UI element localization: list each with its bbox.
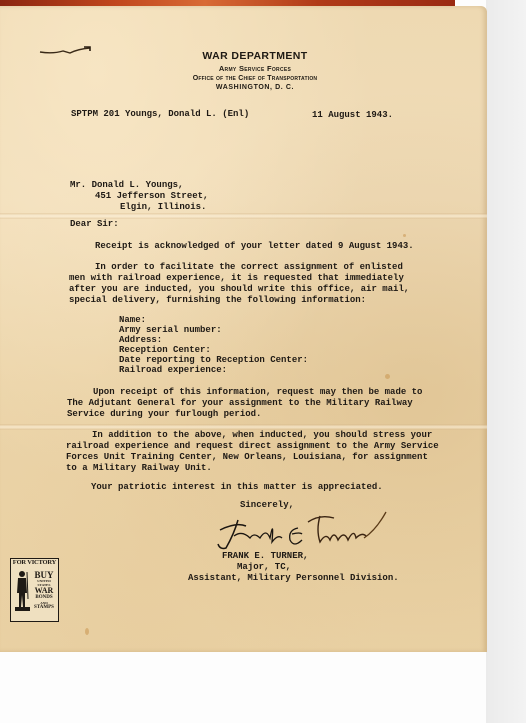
paragraph-line: men with railroad experience, it is requ…: [69, 273, 404, 284]
stain-spot: [403, 234, 406, 237]
paragraph-line: In order to facilitate the correct assig…: [95, 262, 403, 273]
paragraph-line: The Adjutant General for your assignment…: [67, 398, 413, 409]
stamp-text: BUY UNITED STATES WAR BONDS AND STAMPS: [31, 571, 57, 611]
stamp-war: WAR: [31, 587, 57, 595]
stain-spot: [385, 374, 390, 379]
letterhead-office: Office of the Chief of Transportation: [130, 75, 380, 82]
war-bonds-stamp: FOR VICTORY BUY UNITED STATES WAR BONDS …: [10, 558, 59, 622]
stain-spot: [85, 628, 89, 635]
signer-rank: Major, TC,: [237, 562, 291, 573]
stamp-buy: BUY: [31, 571, 57, 579]
signer-title: Assistant, Military Personnel Division.: [188, 573, 399, 584]
paper-tear-mark: [38, 46, 93, 56]
paragraph-line: to a Military Railway Unit.: [66, 463, 212, 474]
recipient-name: Mr. Donald L. Youngs,: [70, 180, 183, 191]
letterhead-department: WAR DEPARTMENT: [130, 50, 380, 62]
minuteman-figure-icon: [14, 569, 31, 613]
letterhead: WAR DEPARTMENT Army Service Forces Offic…: [130, 50, 380, 91]
paragraph-closing: Your patriotic interest in this matter i…: [91, 482, 383, 493]
paragraph-receipt: Receipt is acknowledged of your letter d…: [95, 241, 414, 252]
handwritten-signature: [216, 508, 391, 553]
paragraph-line: Forces Unit Training Center, New Orleans…: [66, 452, 428, 463]
paragraph-line: railroad experience and request direct a…: [66, 441, 439, 452]
paragraph-line: special delivery, furnishing the followi…: [69, 295, 366, 306]
scan-background: [486, 0, 526, 723]
paragraph-line: In addition to the above, when inducted,…: [92, 430, 432, 441]
letter-date: 11 August 1943.: [312, 110, 393, 121]
info-item-railroad-experience: Railroad experience:: [119, 365, 227, 376]
letterhead-service: Army Service Forces: [130, 64, 380, 73]
signer-name: FRANK E. TURNER,: [222, 551, 308, 562]
paragraph-line: Upon receipt of this information, reques…: [93, 387, 422, 398]
recipient-city: Elgin, Illinois.: [120, 202, 206, 213]
salutation: Dear Sir:: [70, 219, 119, 230]
stamp-for-victory: FOR VICTORY: [11, 559, 58, 567]
letterhead-location: WASHINGTON, D. C.: [130, 84, 380, 91]
file-reference: SPTPM 201 Youngs, Donald L. (Enl): [71, 109, 249, 120]
stamp-stamps: STAMPS: [31, 605, 57, 611]
recipient-street: 451 Jefferson Street,: [95, 191, 208, 202]
paragraph-line: after you are inducted, you should write…: [69, 284, 409, 295]
paragraph-line: Service during your furlough period.: [67, 409, 261, 420]
